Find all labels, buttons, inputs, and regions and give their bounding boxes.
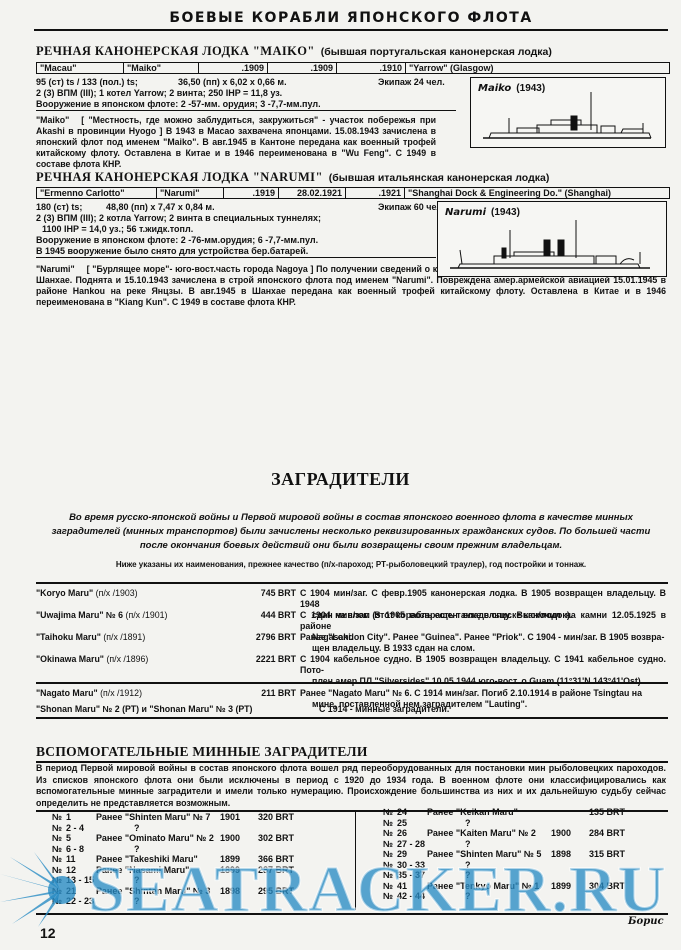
unknown-mark: ?	[134, 823, 140, 834]
number-sign: №	[383, 860, 393, 871]
armament-note: В 1945 вооружение было снято для устройс…	[36, 246, 436, 258]
minelayers-note: Ниже указаны их наименования, прежнее ка…	[38, 560, 664, 569]
machinery: 2 (3) ВПМ (III); 1 котел Yarrow; 2 винта…	[36, 88, 456, 99]
tonnage: 2796 BRT	[238, 632, 296, 643]
former-name: Ранее "Takeshiki Maru"	[96, 854, 198, 865]
maiko-title-main: РЕЧНАЯ КАНОНЕРСКАЯ ЛОДКА "MAIKO"	[36, 44, 315, 58]
maiko-history: "Maiko"[ "Местность, где можно заблудить…	[36, 115, 436, 170]
former-name: Ранее "Shinten Maru" № 5	[427, 849, 541, 860]
tonnage: 2221 BRT	[238, 654, 296, 665]
auxiliary-item: №5Ранее "Ominato Maru" № 21900302 BRT	[52, 833, 352, 844]
ship-name: "Okinawa Maru" (п/х /1896)	[36, 654, 148, 665]
tonnage: 745 BRT	[238, 588, 296, 599]
auxiliary-item: №13 - 15?	[52, 875, 352, 886]
maiko-id-table: "Macau" "Maiko" .1909 .1909 .1910 "Yarro…	[36, 62, 670, 74]
hull-number: 11	[66, 854, 76, 865]
hull-number: 12	[66, 865, 76, 876]
auxiliary-item: №25?	[383, 818, 673, 829]
japanese-name-cell: "Narumi"	[157, 188, 224, 199]
crew: Экипаж 60 чел.	[378, 202, 445, 213]
ship-profile-icon	[471, 78, 665, 147]
builder-cell: "Yarrow" (Glasgow)	[406, 63, 670, 74]
hull-number: 2 - 4	[66, 823, 84, 834]
column-separator	[355, 810, 356, 910]
hull-number: 42 - 44	[397, 891, 425, 902]
maiko-subtitle: (бывшая португальская канонерская лодка)	[321, 46, 552, 58]
dimensions: 36,50 (пп) x 6,02 x 0,66 м.	[178, 77, 287, 88]
number-sign: №	[52, 844, 62, 855]
unknown-mark: ?	[465, 839, 471, 850]
machinery-power: 1100 IHP = 14,0 уз.; 56 т.жидк.топл.	[36, 224, 436, 235]
unknown-mark: ?	[465, 870, 471, 881]
running-head: БОЕВЫЕ КОРАБЛИ ЯПОНСКОГО ФЛОТА	[34, 10, 668, 31]
hull-number: 41	[397, 881, 407, 892]
ship-history: Ранее "London City". Ранее "Guinea". Ран…	[300, 632, 666, 654]
unknown-mark: ?	[465, 860, 471, 871]
number-sign: №	[52, 886, 62, 897]
tonnage: 211 BRT	[238, 688, 296, 699]
tonnage: 304 BRT	[589, 881, 625, 892]
divider	[36, 913, 668, 915]
auxiliary-item: №24Ранее "Keikan Maru"135 BRT	[383, 807, 673, 818]
build-year: 1899	[551, 881, 571, 892]
former-name: Ранее "Shinten Maru" № 3	[96, 886, 210, 897]
maiko-specs: 95 (ст) ts / 133 (пол.) ts; 36,50 (пп) x…	[36, 77, 456, 111]
former-name-cell: "Ermenno Carlotto"	[37, 188, 157, 199]
hull-number: 21	[66, 886, 76, 897]
tonnage: 444 BRT	[238, 610, 296, 621]
auxiliary-item: №12Ранее "Nasami Maru"1899287 BRT	[52, 865, 352, 876]
tonnage: 287 BRT	[258, 865, 294, 876]
narumi-specs: 180 (ст) ts; 48,80 (пп) x 7,47 x 0,84 м.…	[36, 202, 436, 258]
hull-number: 24	[397, 807, 407, 818]
build-year: 1899	[220, 854, 240, 865]
ship-profile-icon	[438, 202, 666, 276]
completed-cell: .1910	[337, 63, 406, 74]
number-sign: №	[52, 823, 62, 834]
auxiliary-item: №1Ранее "Shinten Maru" № 71901320 BRT	[52, 812, 352, 823]
number-sign: №	[383, 849, 393, 860]
build-year: 1900	[220, 833, 240, 844]
narumi-title: РЕЧНАЯ КАНОНЕРСКАЯ ЛОДКА "NARUMI"(бывшая…	[36, 170, 549, 185]
japanese-name-cell: "Maiko"	[124, 63, 199, 74]
history-ship-name: "Narumi"	[36, 264, 75, 274]
hull-number: 22 - 23	[66, 896, 94, 907]
author-signature: Борис	[628, 916, 664, 927]
number-sign: №	[52, 854, 62, 865]
number-sign: №	[52, 896, 62, 907]
displacement: 95 (ст) ts / 133 (пол.) ts;	[36, 77, 138, 87]
minelayers-intro: Во время русско-японской войны и Первой …	[38, 511, 664, 553]
divider	[36, 682, 668, 684]
former-name: Ранее "Tenkyo Maru" № 1	[427, 881, 539, 892]
armament: Вооружение в японском флоте: 2 -76-мм.ор…	[36, 235, 436, 246]
number-sign: №	[383, 807, 393, 818]
auxiliary-item: №42 - 44?	[383, 891, 673, 902]
tonnage: 366 BRT	[258, 854, 294, 865]
hull-number: 35 - 37	[397, 870, 425, 881]
shonan-names: "Shonan Maru" № 2 (РТ) и "Shonan Maru" №…	[36, 704, 252, 715]
auxiliary-title: ВСПОМОГАТЕЛЬНЫЕ МИННЫЕ ЗАГРАДИТЕЛИ	[36, 744, 368, 760]
number-sign: №	[52, 812, 62, 823]
dimensions: 48,80 (пп) x 7,47 x 0,84 м.	[106, 202, 215, 213]
number-sign: №	[52, 833, 62, 844]
ship-name: "Taihoku Maru" (п/х /1891)	[36, 632, 145, 643]
number-sign: №	[383, 828, 393, 839]
build-year: 1900	[551, 828, 571, 839]
tonnage: 135 BRT	[589, 807, 625, 818]
maiko-title: РЕЧНАЯ КАНОНЕРСКАЯ ЛОДКА "MAIKO"(бывшая …	[36, 44, 552, 59]
ship-name: "Nagato Maru" (п/х /1912)	[36, 688, 142, 699]
hull-number: 26	[397, 828, 407, 839]
maiko-drawing: Maiko(1943)	[470, 77, 666, 148]
shonan-desc: С 1914 - минные заградители.	[319, 704, 449, 715]
divider	[36, 717, 668, 719]
former-name-cell: "Macau"	[37, 63, 124, 74]
laid-down-cell: .1919	[224, 188, 279, 199]
build-year: 1898	[551, 849, 571, 860]
hull-number: 13 - 15	[66, 875, 94, 886]
narumi-drawing: Narumi(1943)	[437, 201, 667, 277]
hull-number: 30 - 33	[397, 860, 425, 871]
auxiliary-item: №27 - 28?	[383, 839, 673, 850]
build-year: 1898	[220, 886, 240, 897]
auxiliary-item: №30 - 33?	[383, 860, 673, 871]
ship-name: "Koryo Maru" (п/х /1903)	[36, 588, 138, 599]
hull-number: 1	[66, 812, 71, 823]
tonnage: 320 BRT	[258, 812, 294, 823]
armament: Вооружение в японском флоте: 2 -57-мм. о…	[36, 99, 456, 111]
auxiliary-item: №11Ранее "Takeshiki Maru"1899366 BRT	[52, 854, 352, 865]
number-sign: №	[383, 870, 393, 881]
unknown-mark: ?	[465, 891, 471, 902]
auxiliary-item: №21Ранее "Shinten Maru" № 31898295 BRT	[52, 886, 352, 897]
page-number: 12	[40, 925, 56, 941]
launched-cell: .1909	[268, 63, 337, 74]
narumi-title-main: РЕЧНАЯ КАНОНЕРСКАЯ ЛОДКА "NARUMI"	[36, 170, 323, 184]
auxiliary-item: №35 - 37?	[383, 870, 673, 881]
unknown-mark: ?	[134, 896, 140, 907]
auxiliary-item: №29Ранее "Shinten Maru" № 51898315 BRT	[383, 849, 673, 860]
completed-cell: .1921	[346, 188, 405, 199]
tonnage: 295 BRT	[258, 886, 294, 897]
build-year: 1899	[220, 865, 240, 876]
auxiliary-text: В период Первой мировой войны в состав я…	[36, 763, 666, 809]
divider	[36, 582, 668, 584]
narumi-id-table: "Ermenno Carlotto" "Narumi" .1919 28.02.…	[36, 187, 670, 199]
crew: Экипаж 24 чел.	[378, 77, 445, 88]
unknown-mark: ?	[134, 875, 140, 886]
machinery: 2 (3) ВПМ (III); 2 котла Yarrow; 2 винта…	[36, 213, 436, 224]
build-year: 1901	[220, 812, 240, 823]
former-name: Ранее "Ominato Maru" № 2	[96, 833, 214, 844]
auxiliary-item: №41Ранее "Tenkyo Maru" № 11899304 BRT	[383, 881, 673, 892]
auxiliary-list-right: №24Ранее "Keikan Maru"135 BRT№25?№26Ране…	[383, 807, 673, 902]
unknown-mark: ?	[465, 818, 471, 829]
displacement: 180 (ст) ts;	[36, 202, 82, 212]
former-name: Ранее "Keikan Maru"	[427, 807, 518, 818]
number-sign: №	[383, 891, 393, 902]
tonnage: 302 BRT	[258, 833, 294, 844]
builder-cell: "Shanghai Dock & Engineering Do." (Shang…	[405, 188, 670, 199]
narumi-subtitle: (бывшая итальянская канонерская лодка)	[329, 172, 550, 184]
hull-number: 5	[66, 833, 71, 844]
auxiliary-item: №2 - 4?	[52, 823, 352, 834]
former-name: Ранее "Kaiten Maru" № 2	[427, 828, 536, 839]
history-text: [ "Местность, где можно заблудиться, зак…	[36, 115, 436, 169]
auxiliary-item: №6 - 8?	[52, 844, 352, 855]
number-sign: №	[52, 865, 62, 876]
auxiliary-list-left: №1Ранее "Shinten Maru" № 71901320 BRT№2 …	[52, 812, 352, 907]
number-sign: №	[383, 839, 393, 850]
hull-number: 25	[397, 818, 407, 829]
auxiliary-item: №22 - 23?	[52, 896, 352, 907]
number-sign: №	[383, 818, 393, 829]
tonnage: 284 BRT	[589, 828, 625, 839]
former-name: Ранее "Nasami Maru"	[96, 865, 189, 876]
hull-number: 29	[397, 849, 407, 860]
laid-down-cell: .1909	[199, 63, 268, 74]
ship-name: "Uwajima Maru" № 6 (п/х /1901)	[36, 610, 167, 621]
minelayers-title: ЗАГРАДИТЕЛИ	[0, 469, 681, 490]
launched-cell: 28.02.1921	[279, 188, 346, 199]
tonnage: 315 BRT	[589, 849, 625, 860]
number-sign: №	[52, 875, 62, 886]
auxiliary-item: №26Ранее "Kaiten Maru" № 21900284 BRT	[383, 828, 673, 839]
hull-number: 6 - 8	[66, 844, 84, 855]
former-name: Ранее "Shinten Maru" № 7	[96, 812, 210, 823]
unknown-mark: ?	[134, 844, 140, 855]
book-page: БОЕВЫЕ КОРАБЛИ ЯПОНСКОГО ФЛОТА РЕЧНАЯ КА…	[0, 0, 681, 950]
hull-number: 27 - 28	[397, 839, 425, 850]
history-ship-name: "Maiko"	[36, 115, 69, 125]
number-sign: №	[383, 881, 393, 892]
